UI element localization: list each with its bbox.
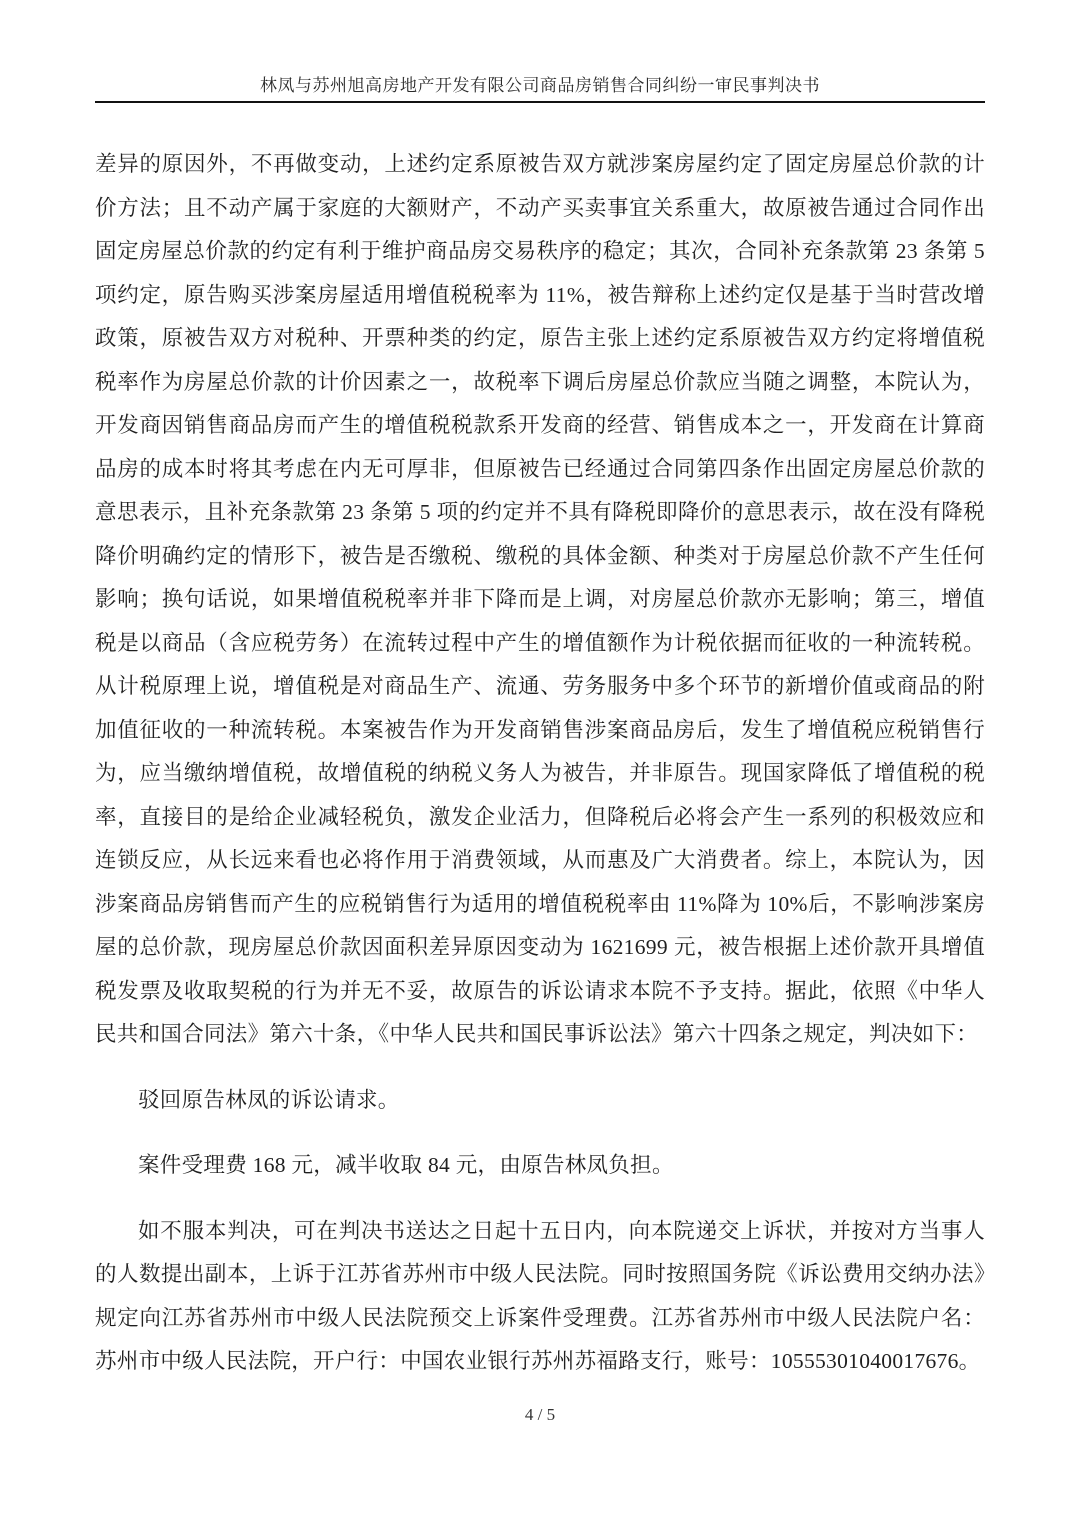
body-paragraph-appeal-notice: 如不服本判决，可在判决书送达之日起十五日内，向本院递交上诉状，并按对方当事人的人… (95, 1210, 985, 1384)
document-header-title: 林凤与苏州旭高房地产开发有限公司商品房销售合同纠纷一审民事判决书 (95, 76, 985, 96)
page-number: 4 / 5 (0, 1403, 1080, 1427)
body-paragraph-continuation: 差异的原因外，不再做变动，上述约定系原被告双方就涉案房屋约定了固定房屋总价款的计… (95, 143, 985, 1057)
body-paragraph-court-fee: 案件受理费 168 元，减半收取 84 元，由原告林凤负担。 (95, 1144, 985, 1188)
document-body: 差异的原因外，不再做变动，上述约定系原被告双方就涉案房屋约定了固定房屋总价款的计… (0, 103, 1080, 1384)
judgment-document-page: 林凤与苏州旭高房地产开发有限公司商品房销售合同纠纷一审民事判决书 差异的原因外，… (0, 0, 1080, 1529)
document-header: 林凤与苏州旭高房地产开发有限公司商品房销售合同纠纷一审民事判决书 (0, 0, 1080, 103)
body-paragraph-ruling: 驳回原告林凤的诉讼请求。 (95, 1079, 985, 1123)
